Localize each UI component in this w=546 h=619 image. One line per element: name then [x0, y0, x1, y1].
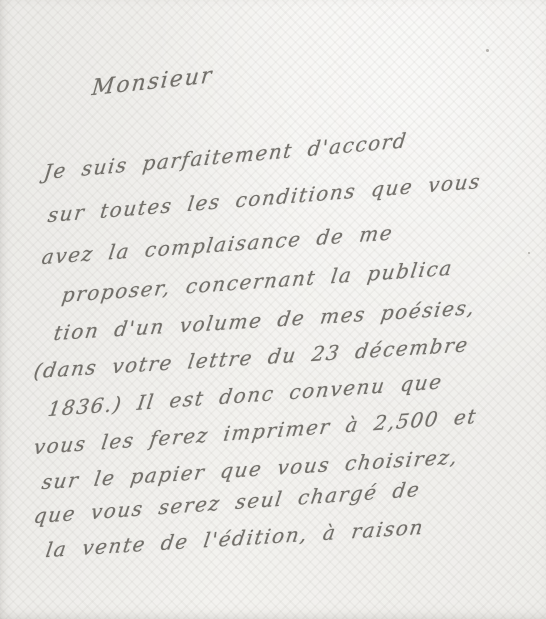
salutation: Monsieur [91, 63, 215, 101]
letter-line: avez la complaisance de me [40, 220, 395, 269]
letter-line: Je suis parfaitement d'accord [43, 128, 409, 184]
paper-speck [528, 252, 530, 254]
letter-page: Monsieur Je suis parfaitement d'accord s… [0, 0, 546, 619]
paper-speck [486, 49, 489, 52]
